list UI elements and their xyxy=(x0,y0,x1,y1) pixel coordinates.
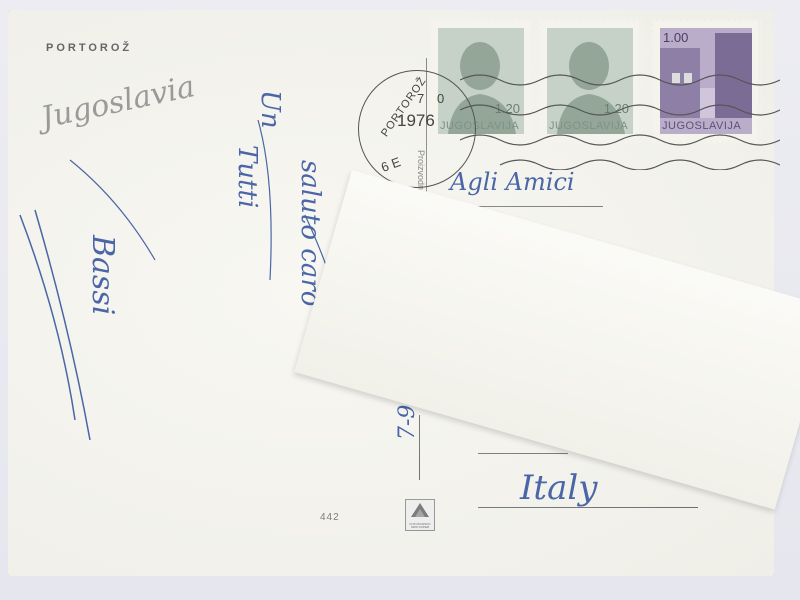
address-country: Italy xyxy=(520,468,597,508)
